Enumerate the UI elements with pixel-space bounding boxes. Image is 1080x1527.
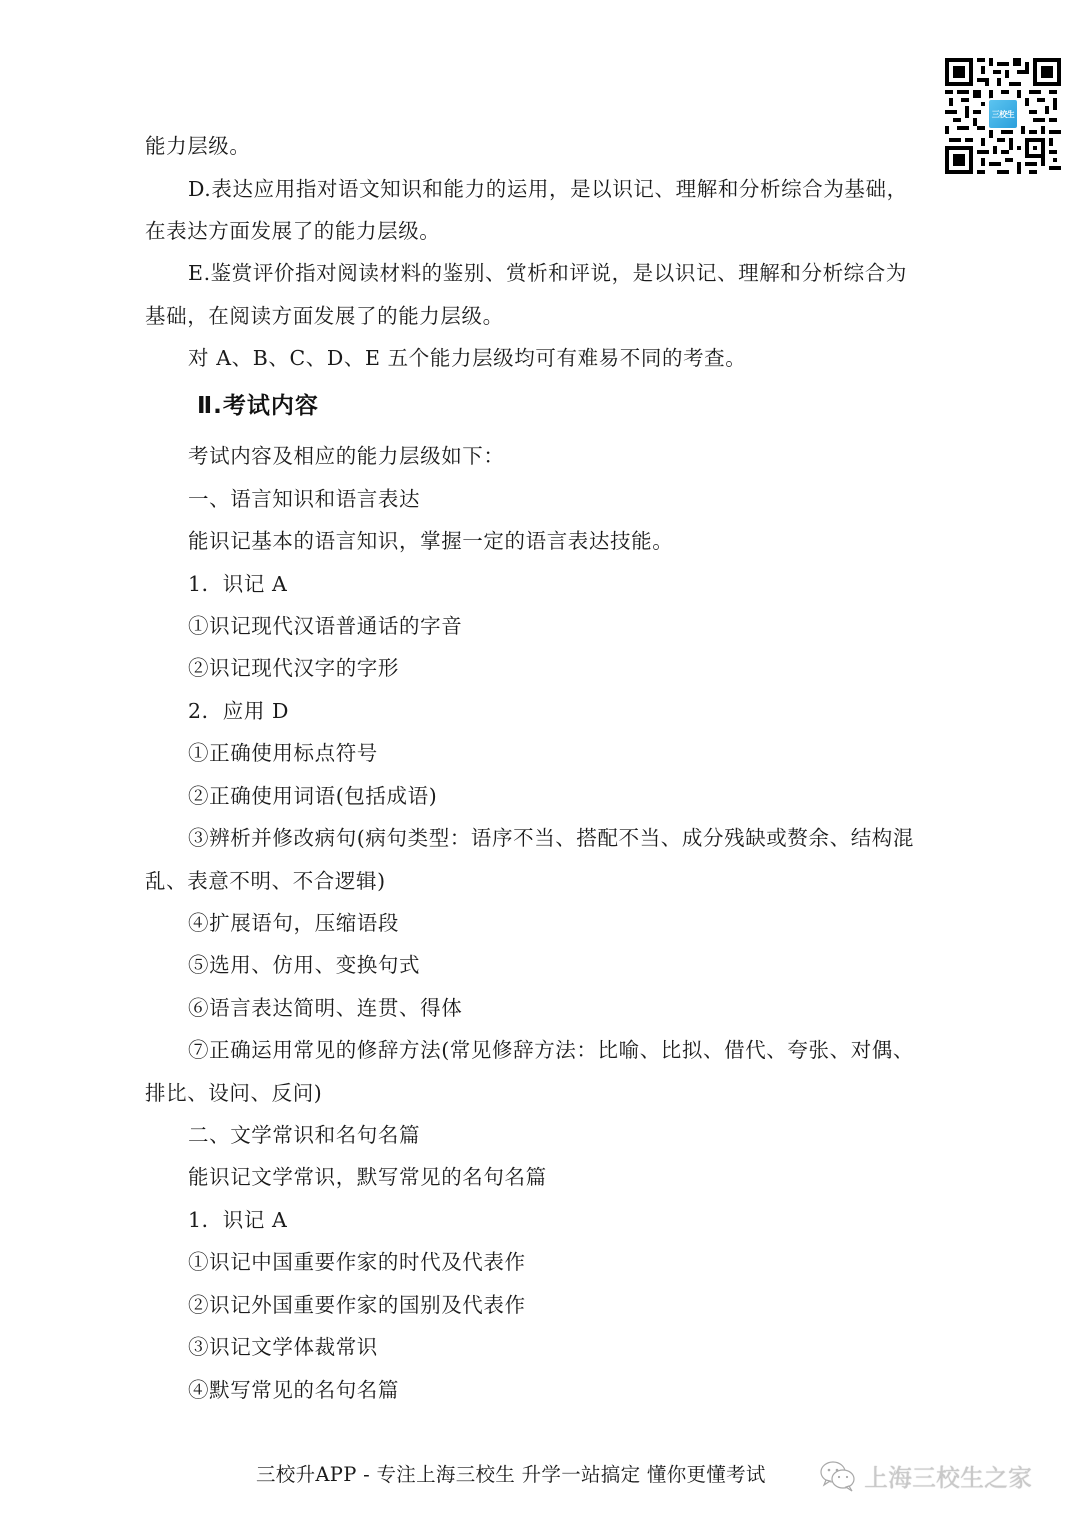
wechat-icon	[818, 1459, 858, 1493]
text-line: 考试内容及相应的能力层级如下：	[188, 443, 505, 469]
text-line: ①识记现代汉语普通话的字音	[188, 613, 462, 639]
text-line: ③识记文学体裁常识	[188, 1334, 378, 1360]
text-line: 对 A、B、C、D、E 五个能力层级均可有难易不同的考查。	[188, 345, 746, 371]
text-line: 在表达方面发展了的能力层级。	[145, 218, 440, 244]
text-line: 排比、设问、反问)	[145, 1080, 322, 1106]
text-line: ⑦正确运用常见的修辞方法(常见修辞方法：比喻、比拟、借代、夸张、对偶、	[188, 1037, 914, 1063]
text-line: ②识记现代汉字的字形	[188, 655, 399, 681]
text-line: ③辨析并修改病句(病句类型：语序不当、搭配不当、成分残缺或赘余、结构混	[188, 825, 914, 851]
text-line: ②识记外国重要作家的国别及代表作	[188, 1292, 526, 1318]
text-line: ④扩展语句，压缩语段	[188, 910, 399, 936]
document-page: 三校生 能力层级。D.表达应用指对语文知识和能力的运用，是以识记、理解和分析综合…	[0, 0, 1080, 1527]
text-line: D.表达应用指对语文知识和能力的运用，是以识记、理解和分析综合为基础，	[188, 176, 908, 202]
text-line: E.鉴赏评价指对阅读材料的鉴别、赏析和评说，是以识记、理解和分析综合为	[188, 260, 907, 286]
text-line: 能识记文学常识，默写常见的名句名篇	[188, 1164, 547, 1190]
text-line: 二、文学常识和名句名篇	[188, 1122, 420, 1148]
text-line: 能识记基本的语言知识，掌握一定的语言表达技能。	[188, 528, 673, 554]
text-line: 2．应用 D	[188, 698, 289, 724]
text-line: ⑤选用、仿用、变换句式	[188, 952, 420, 978]
text-line: 1．识记 A	[188, 1207, 287, 1233]
text-line: 1．识记 A	[188, 571, 287, 597]
footer-slogan: 三校升APP - 专注上海三校生 升学一站搞定 懂你更懂考试	[256, 1462, 766, 1488]
text-line: ①识记中国重要作家的时代及代表作	[188, 1249, 526, 1275]
text-line: ④默写常见的名句名篇	[188, 1377, 399, 1403]
qr-code: 三校生	[945, 58, 1061, 174]
wechat-watermark: 上海三校生之家	[818, 1458, 1032, 1493]
app-logo: 三校生	[987, 98, 1019, 130]
text-line: 基础，在阅读方面发展了的能力层级。	[145, 303, 504, 329]
text-line: 能力层级。	[145, 133, 251, 159]
text-line: 一、语言知识和语言表达	[188, 486, 420, 512]
text-line: ②正确使用词语(包括成语)	[188, 783, 437, 809]
section-heading: Ⅱ.考试内容	[197, 391, 319, 421]
text-line: ①正确使用标点符号	[188, 740, 378, 766]
text-line: ⑥语言表达简明、连贯、得体	[188, 995, 462, 1021]
text-line: 乱、表意不明、不合逻辑)	[145, 868, 386, 894]
watermark-label: 上海三校生之家	[864, 1458, 1032, 1493]
